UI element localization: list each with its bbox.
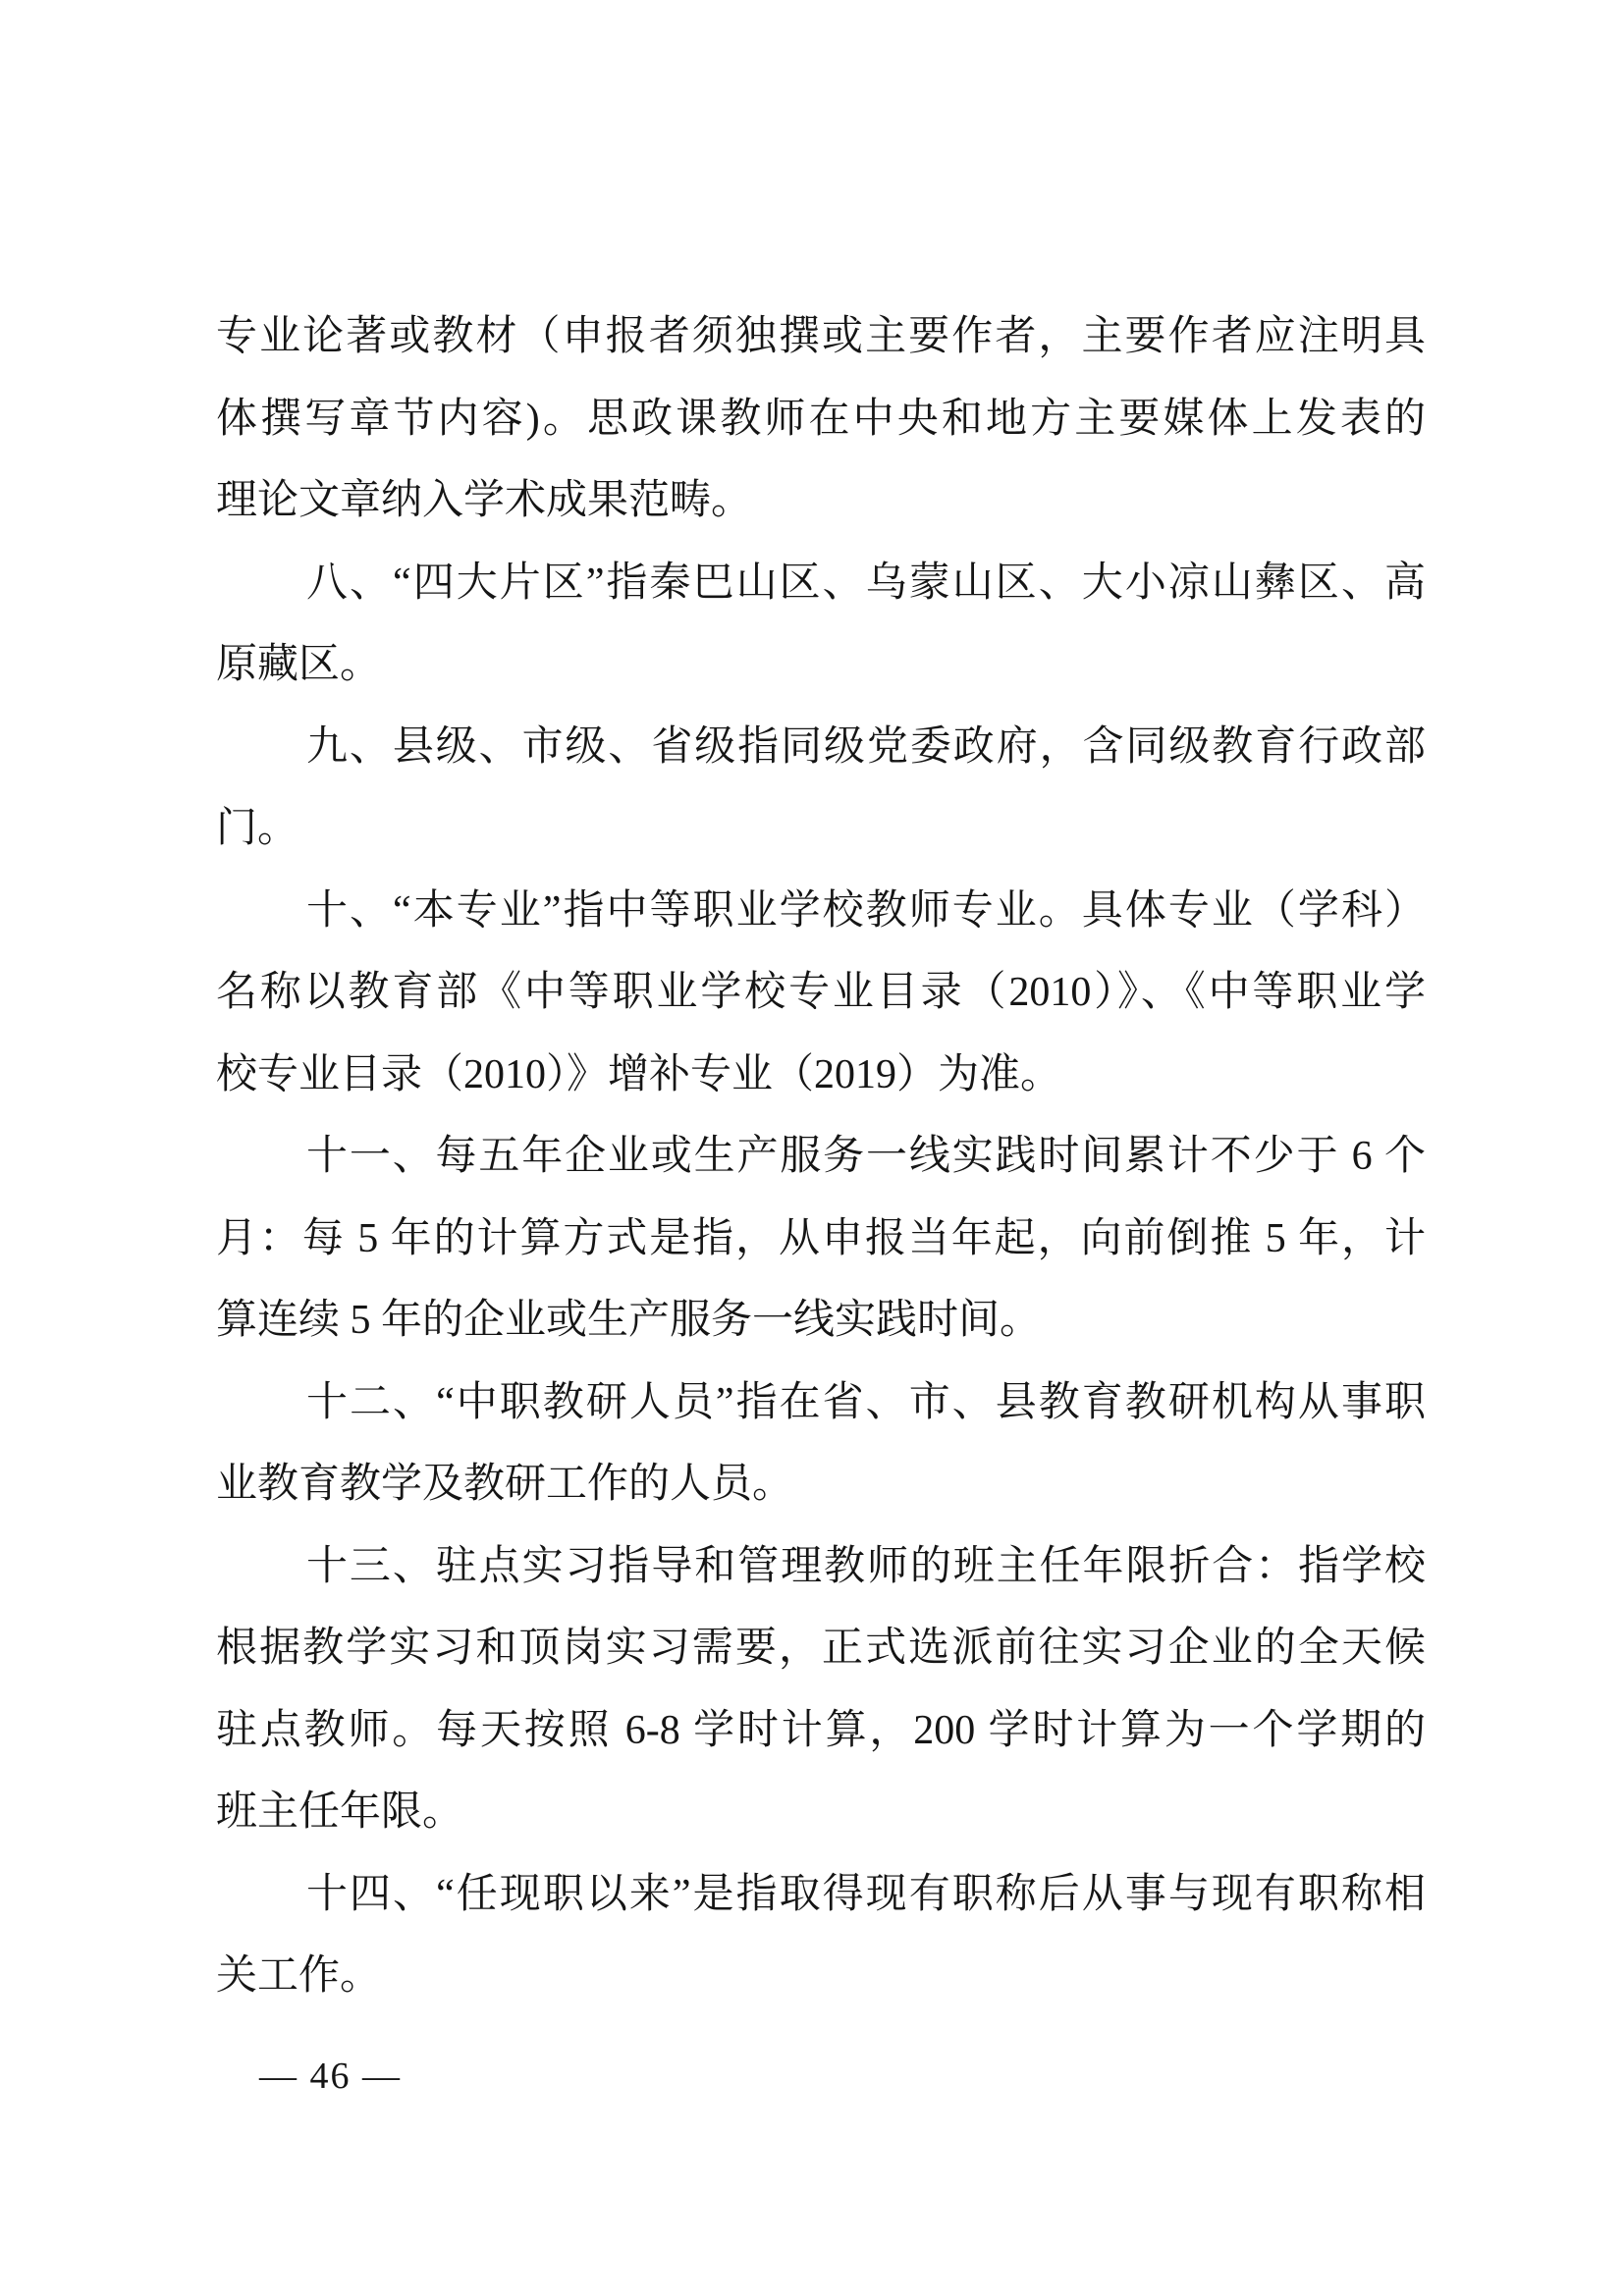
- text-line: 十一、每五年企业或生产服务一线实践时间累计不少于 6 个: [216, 1116, 1426, 1199]
- text-line: 驻点教师。每天按照 6-8 学时计算，200 学时计算为一个学期的: [216, 1690, 1426, 1773]
- text-line: 原藏区。: [216, 624, 1426, 707]
- document-page: 专业论著或教材（申报者须独撰或主要作者，主要作者应注明具 体撰写章节内容)。思政…: [0, 0, 1624, 2296]
- text-line: 十、“本专业”指中等职业学校教师专业。具体专业（学科）: [216, 871, 1426, 953]
- text-line: 十三、驻点实习指导和管理教师的班主任年限折合：指学校: [216, 1526, 1426, 1609]
- text-line: 校专业目录（2010）》增补专业（2019）为准。: [216, 1035, 1426, 1117]
- text-line: 十四、“任现职以来”是指取得现有职称后从事与现有职称相: [216, 1854, 1426, 1937]
- text-line: 专业论著或教材（申报者须独撰或主要作者，主要作者应注明具: [216, 296, 1426, 379]
- page-number: — 46 —: [259, 2055, 402, 2098]
- text-line: 算连续 5 年的企业或生产服务一线实践时间。: [216, 1280, 1426, 1362]
- text-line: 关工作。: [216, 1936, 1426, 2018]
- text-line: 体撰写章节内容)。思政课教师在中央和地方主要媒体上发表的: [216, 379, 1426, 461]
- document-body: 专业论著或教材（申报者须独撰或主要作者，主要作者应注明具 体撰写章节内容)。思政…: [216, 296, 1426, 2018]
- text-line: 月：每 5 年的计算方式是指，从申报当年起，向前倒推 5 年，计: [216, 1199, 1426, 1281]
- text-line: 名称以教育部《中等职业学校专业目录（2010）》、《中等职业学: [216, 952, 1426, 1035]
- text-line: 业教育教学及教研工作的人员。: [216, 1444, 1426, 1526]
- text-line: 十二、“中职教研人员”指在省、市、县教育教研机构从事职: [216, 1362, 1426, 1445]
- text-line: 八、“四大片区”指秦巴山区、乌蒙山区、大小凉山彝区、高: [216, 543, 1426, 625]
- text-line: 理论文章纳入学术成果范畴。: [216, 460, 1426, 543]
- text-line: 根据教学实习和顶岗实习需要，正式选派前往实习企业的全天候: [216, 1608, 1426, 1690]
- text-line: 九、县级、市级、省级指同级党委政府，含同级教育行政部: [216, 707, 1426, 789]
- text-line: 门。: [216, 788, 1426, 871]
- text-line: 班主任年限。: [216, 1772, 1426, 1854]
